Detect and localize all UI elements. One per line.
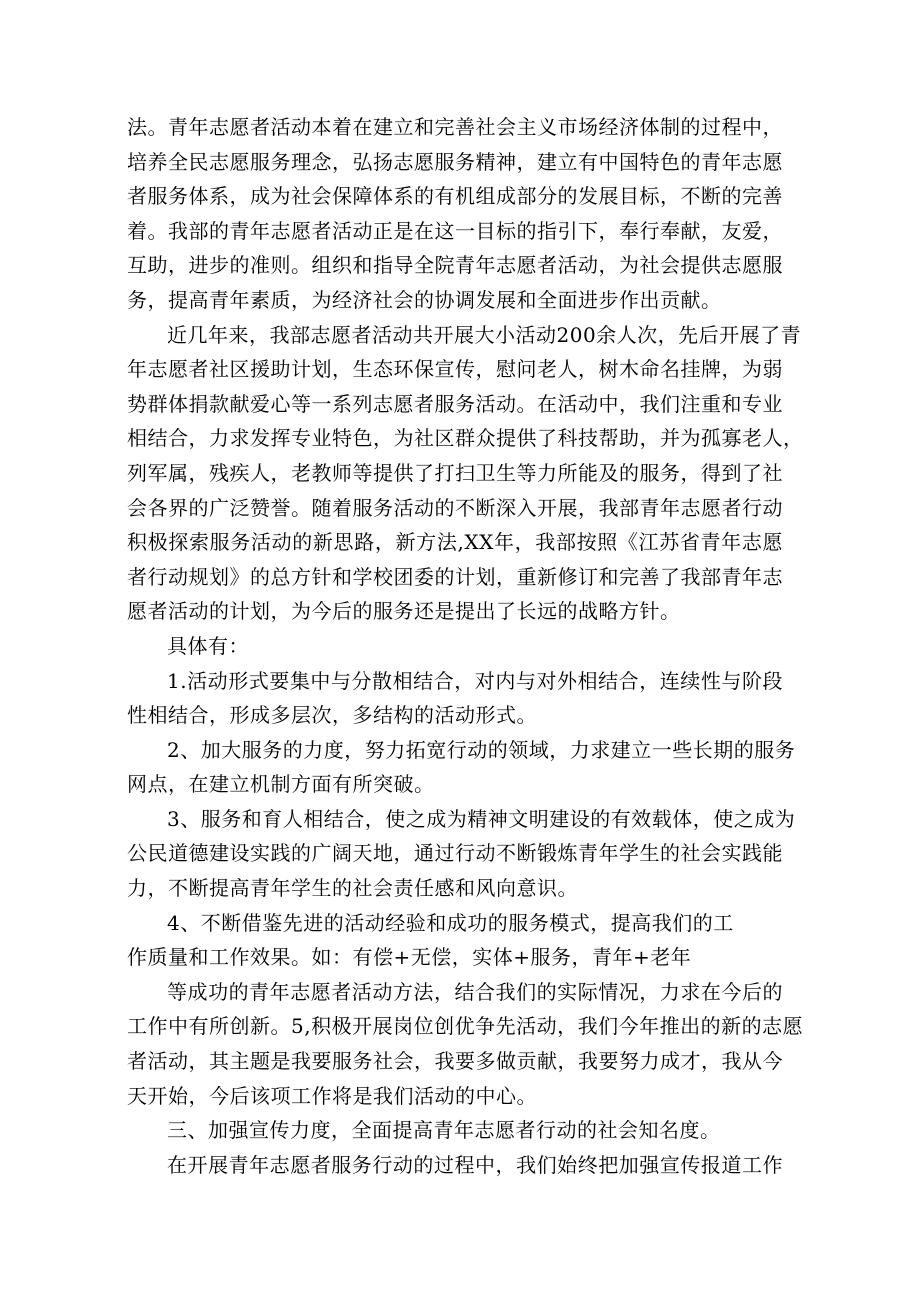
text-line: 2、加大服务的力度，努力拓宽行动的领域，力求建立一些长期的服务: [127, 733, 783, 768]
text-line: 近几年来，我部志愿者活动共开展大小活动200余人次，先后开展了青: [127, 318, 783, 353]
text-line: 作质量和工作效果。如：有偿+无偿，实体+服务，青年+老年: [127, 940, 783, 975]
text-line: 4、不断借鉴先进的活动经验和成功的服务模式，提高我们的工: [127, 906, 783, 941]
text-line: 着。我部的青年志愿者活动正是在这一目标的指引下，奉行奉献，友爱，: [127, 214, 783, 249]
text-line: 1.活动形式要集中与分散相结合，对内与对外相结合，连续性与阶段: [127, 664, 783, 699]
text-line: 具体有：: [127, 629, 783, 664]
text-line: 会各界的广泛赞誉。随着服务活动的不断深入开展，我部青年志愿者行动: [127, 491, 783, 526]
text-line: 性相结合，形成多层次，多结构的活动形式。: [127, 698, 783, 733]
text-line: 互助，进步的准则。组织和指导全院青年志愿者活动，为社会提供志愿服: [127, 248, 783, 283]
text-line: 列军属，残疾人，老教师等提供了打扫卫生等力所能及的服务，得到了社: [127, 456, 783, 491]
text-line: 等成功的青年志愿者活动方法，结合我们的实际情况，力求在今后的: [127, 975, 783, 1010]
text-line: 者活动，其主题是我要服务社会，我要多做贡献，我要努力成才，我从今: [127, 1044, 783, 1079]
text-line: 培养全民志愿服务理念，弘扬志愿服务精神，建立有中国特色的青年志愿: [127, 145, 783, 180]
text-line: 公民道德建设实践的广阔天地，通过行动不断锻炼青年学生的社会实践能: [127, 836, 783, 871]
text-line: 力，不断提高青年学生的社会责任感和风向意识。: [127, 871, 783, 906]
document-page: 法。青年志愿者活动本着在建立和完善社会主义市场经济体制的过程中，培养全民志愿服务…: [0, 0, 920, 1301]
text-line: 者行动规划》的总方针和学校团委的计划，重新修订和完善了我部青年志: [127, 560, 783, 595]
text-line: 相结合，力求发挥专业特色，为社区群众提供了科技帮助，并为孤寡老人，: [127, 421, 783, 456]
text-line: 务，提高青年素质，为经济社会的协调发展和全面进步作出贡献。: [127, 283, 783, 318]
text-line: 积极探索服务活动的新思路，新方法,XX年，我部按照《江苏省青年志愿: [127, 525, 783, 560]
text-line: 者服务体系，成为社会保障体系的有机组成部分的发展目标，不断的完善: [127, 179, 783, 214]
text-line: 工作中有所创新。5,积极开展岗位创优争先活动，我们今年推出的新的志愿: [127, 1009, 783, 1044]
text-line: 愿者活动的计划，为今后的服务还是提出了长远的战略方针。: [127, 594, 783, 629]
text-line: 法。青年志愿者活动本着在建立和完善社会主义市场经济体制的过程中，: [127, 110, 783, 145]
text-line: 三、加强宣传力度，全面提高青年志愿者行动的社会知名度。: [127, 1113, 783, 1148]
text-line: 天开始，今后该项工作将是我们活动的中心。: [127, 1079, 783, 1114]
text-line: 网点，在建立机制方面有所突破。: [127, 767, 783, 802]
text-line: 势群体捐款献爱心等一系列志愿者服务活动。在活动中，我们注重和专业: [127, 387, 783, 422]
document-text: 法。青年志愿者活动本着在建立和完善社会主义市场经济体制的过程中，培养全民志愿服务…: [127, 110, 783, 1182]
text-line: 3、服务和育人相结合，使之成为精神文明建设的有效载体，使之成为: [127, 802, 783, 837]
text-line: 在开展青年志愿者服务行动的过程中，我们始终把加强宣传报道工作: [127, 1148, 783, 1183]
text-line: 年志愿者社区援助计划，生态环保宣传，慰问老人，树木命名挂牌，为弱: [127, 352, 783, 387]
